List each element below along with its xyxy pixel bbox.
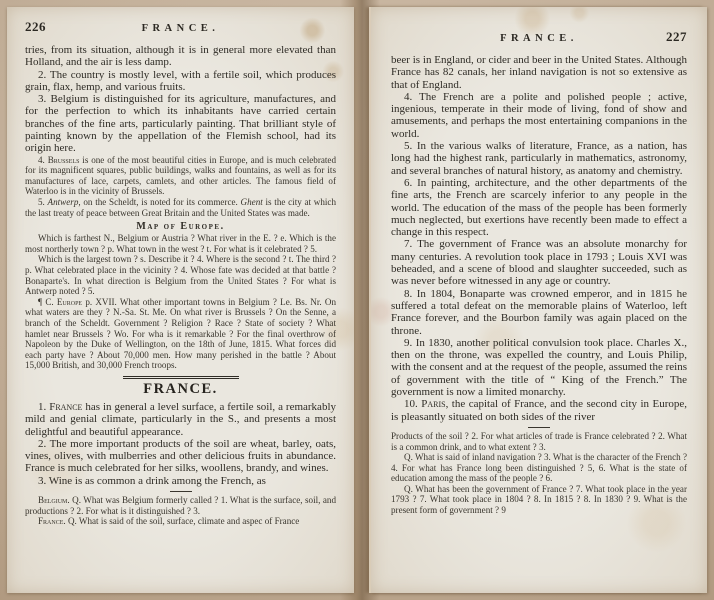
page-number: 227 — [643, 29, 687, 45]
paragraph: 4. Brussels is one of the most beautiful… — [25, 155, 336, 197]
paragraph: beer is in England, or cider and beer in… — [391, 54, 687, 91]
paragraph: tries, from its situation, although it i… — [25, 44, 336, 69]
right-page-body: beer is in England, or cider and beer in… — [391, 54, 687, 516]
paragraph: ¶ C. Europe p. XVII. What other importan… — [25, 297, 336, 371]
text-run: Which is the largest town ? s. Describe … — [25, 254, 336, 296]
paragraph: 8. In 1804, Bonaparte was crowned empero… — [391, 288, 687, 337]
paragraph: 3. Belgium is distinguished for its agri… — [25, 93, 336, 154]
left-page-header: 226 FRANCE. — [25, 19, 336, 35]
text-run: p. XVII. What other important towns in B… — [25, 297, 336, 371]
paragraph: 1. France has in general a level surface… — [25, 401, 336, 438]
paragraph: 3. Wine is as common a drink among the F… — [25, 475, 336, 487]
page-number: 226 — [25, 19, 69, 35]
footnote: Q. What has been the government of Franc… — [391, 484, 687, 516]
text-run: 3. Wine is as common a drink among the F… — [38, 475, 266, 487]
text-run: Belgium. — [38, 495, 70, 505]
footnote: Q. What is said of inland navigation ? 3… — [391, 452, 687, 484]
text-run: 10. — [404, 398, 421, 410]
text-run: Ghent — [241, 197, 263, 207]
left-page: 226 FRANCE. tries, from its situation, a… — [7, 7, 354, 593]
footnote: France. Q. What is said of the soil, sur… — [25, 516, 336, 527]
paragraph: 5. In the various walks of literature, F… — [391, 140, 687, 177]
text-run: 4. The French are a polite and polished … — [391, 91, 687, 140]
text-run: 7. The government of France was an absol… — [391, 238, 687, 287]
text-run: 2. The country is mostly level, with a f… — [25, 69, 336, 93]
text-run: Q. What is said of inland navigation ? 3… — [391, 452, 687, 483]
footnote-divider — [528, 427, 550, 428]
text-run: Antwerp — [48, 197, 79, 207]
text-run: Q. What has been the government of Franc… — [391, 484, 687, 515]
text-run: C. Europe — [45, 297, 82, 307]
paragraph: Which is farthest N., Belgium or Austria… — [25, 233, 336, 254]
footnote-divider — [170, 491, 192, 492]
paragraph: 5. Antwerp, on the Scheldt, is noted for… — [25, 197, 336, 218]
text-run: 6. In painting, architecture, and the ot… — [391, 177, 687, 238]
paragraph: Which is the largest town ? s. Describe … — [25, 254, 336, 296]
text-run: Q. What is said of the soil, surface, cl… — [66, 516, 300, 526]
text-run: 8. In 1804, Bonaparte was crowned empero… — [391, 288, 687, 337]
text-run: Which is farthest N., Belgium or Austria… — [25, 233, 336, 254]
footnote: Belgium. Q. What was Belgium formerly ca… — [25, 495, 336, 516]
questions-subheading: Map of Europe. — [25, 221, 336, 232]
text-run: beer is in England, or cider and beer in… — [391, 54, 687, 91]
left-page-body: tries, from its situation, although it i… — [25, 44, 336, 527]
paragraph: 4. The French are a polite and polished … — [391, 91, 687, 140]
text-run: tries, from its situation, although it i… — [25, 44, 336, 68]
left-page-content: 226 FRANCE. tries, from its situation, a… — [7, 7, 354, 527]
text-run: , on the Scheldt, is noted for its comme… — [78, 197, 240, 207]
right-page-content: FRANCE. 227 beer is in England, or cider… — [371, 7, 707, 516]
text-run: 4. — [38, 155, 48, 165]
book-spread: 226 FRANCE. tries, from its situation, a… — [0, 0, 714, 600]
paragraph: 7. The government of France was an absol… — [391, 238, 687, 287]
text-run: Q. What was Belgium formerly called ? 1.… — [25, 495, 336, 516]
footnote: Products of the soil ? 2. For what artic… — [391, 431, 687, 452]
text-run: 5. In the various walks of literature, F… — [391, 140, 687, 177]
section-heading: FRANCE. — [25, 376, 336, 398]
text-run: Products of the soil ? 2. For what artic… — [391, 431, 687, 452]
paragraph: 2. The more important products of the so… — [25, 438, 336, 475]
text-run: 1. — [38, 401, 49, 413]
paragraph: 6. In painting, architecture, and the ot… — [391, 177, 687, 238]
text-run: Brussels — [48, 155, 80, 165]
text-run: 3. Belgium is distinguished for its agri… — [25, 93, 336, 154]
paragraph: 2. The country is mostly level, with a f… — [25, 69, 336, 94]
running-head: FRANCE. — [435, 33, 643, 44]
paragraph: 10. Paris, the capital of France, and th… — [391, 398, 687, 423]
heading-rule — [123, 376, 239, 379]
running-head: FRANCE. — [69, 23, 292, 34]
text-run: 5. — [38, 197, 48, 207]
text-run: France. — [38, 516, 66, 526]
right-page-header: FRANCE. 227 — [391, 29, 687, 45]
text-run: 9. In 1830, another political convulsion… — [391, 337, 687, 398]
section-heading-text: FRANCE. — [25, 381, 336, 398]
text-run: France — [49, 401, 82, 413]
text-run: 2. The more important products of the so… — [25, 438, 336, 475]
right-page: FRANCE. 227 beer is in England, or cider… — [371, 7, 707, 593]
text-run: Paris — [421, 398, 445, 410]
paragraph: 9. In 1830, another political convulsion… — [391, 337, 687, 398]
